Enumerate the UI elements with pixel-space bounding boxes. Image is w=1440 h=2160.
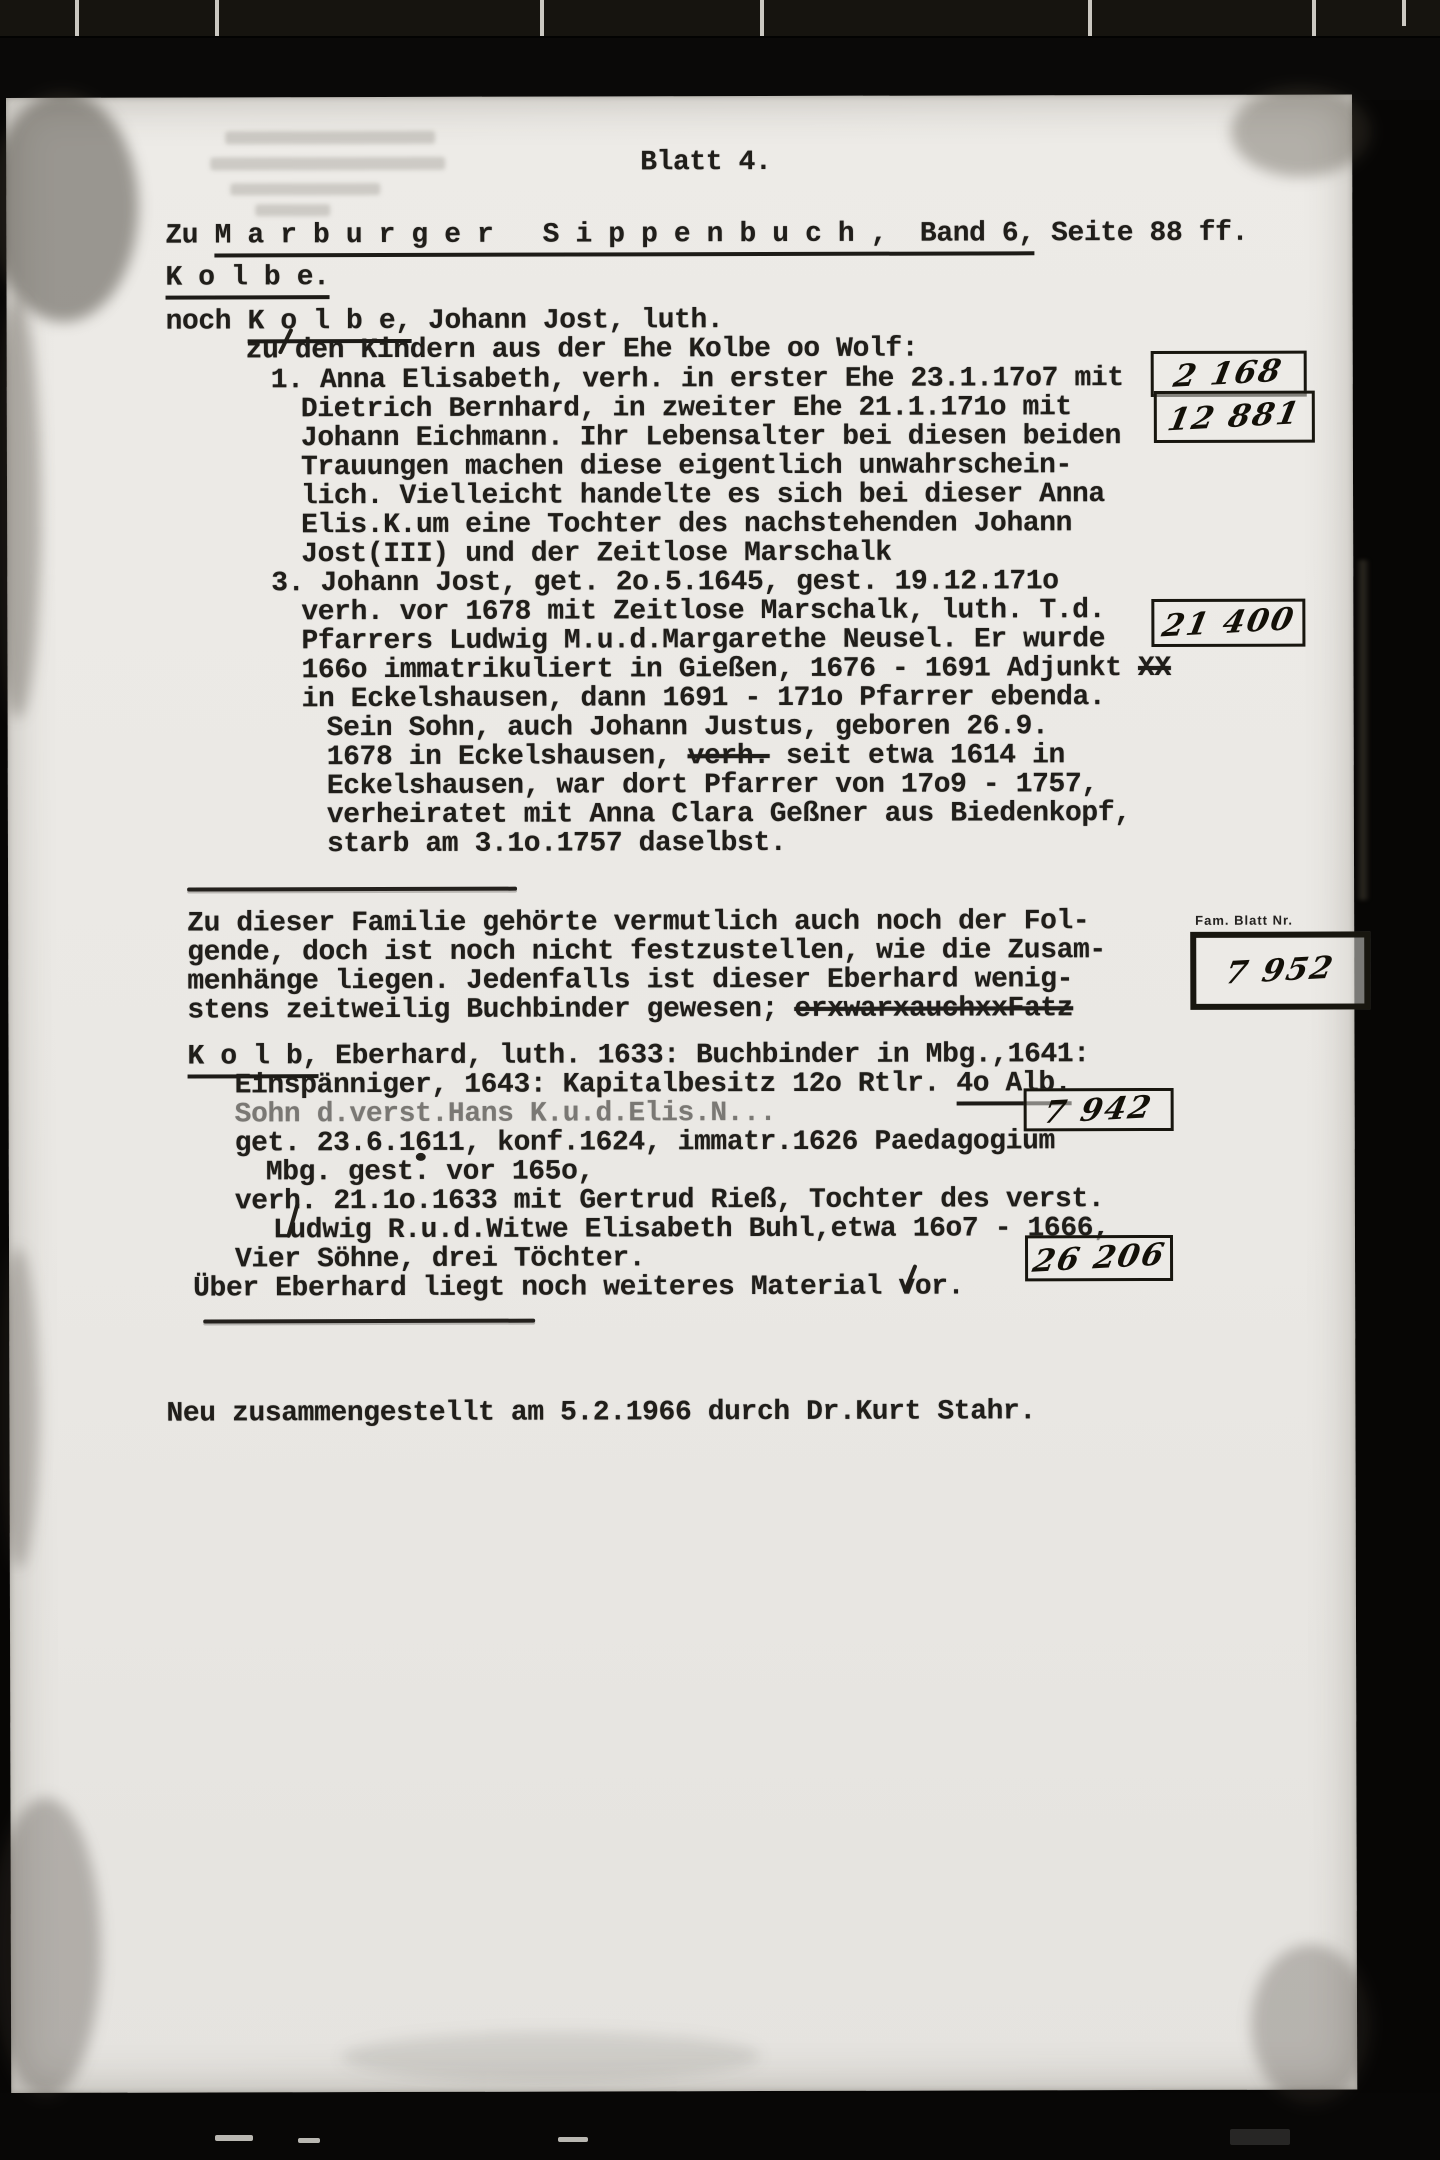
text-line: gende, doch ist noch nicht festzustellen… bbox=[187, 936, 1106, 968]
text-line: verh. 21.1o.1633 mit Gertrud Rieß, Tocht… bbox=[235, 1185, 1104, 1217]
text-line: 166o immatrikuliert in Gießen, 1676 - 16… bbox=[301, 654, 1170, 686]
text-line: noch K o l b e, Johann Jost, luth. bbox=[166, 306, 724, 337]
handwritten-number: 21 400 bbox=[1159, 601, 1298, 644]
film-bottom-border bbox=[0, 2093, 1440, 2160]
text-line: Pfarrers Ludwig M.u.d.Margarethe Neusel.… bbox=[301, 625, 1105, 656]
text-line: K o l b, Eberhard, luth. 1633: Buchbinde… bbox=[187, 1040, 1089, 1072]
microfilm-scan: Fam. Blatt Nr. Blatt 4.Zu M a r b u r g … bbox=[0, 0, 1440, 2160]
ref-number-box: 12 881 bbox=[1154, 391, 1315, 443]
film-edge-glow bbox=[1356, 560, 1370, 900]
text-line: 1678 in Eckelshausen, verh. seit etwa 16… bbox=[327, 741, 1065, 772]
film-frame-mark bbox=[1312, 0, 1316, 36]
film-scratch bbox=[298, 2138, 320, 2143]
film-edge-band bbox=[0, 0, 1440, 38]
text-line: Vier Söhne, drei Töchter. bbox=[235, 1244, 645, 1274]
film-frame-mark bbox=[1402, 0, 1406, 26]
film-scratch bbox=[215, 2135, 253, 2141]
text-line: lich. Vielleicht handelte es sich bei di… bbox=[301, 480, 1105, 511]
scan-smudge bbox=[341, 2031, 761, 2082]
text-line: in Eckelshausen, dann 1691 - 171o Pfarre… bbox=[302, 683, 1106, 714]
text-line: Trauungen machen diese eigentlich unwahr… bbox=[301, 451, 1072, 482]
text-line: Elis.K.um eine Tochter des nachstehenden… bbox=[301, 509, 1072, 540]
handwritten-number: 26 206 bbox=[1029, 1237, 1168, 1280]
fam-blatt-nr-label: Fam. Blatt Nr. bbox=[1195, 913, 1293, 928]
text-line: verheiratet mit Anna Clara Geßner aus Bi… bbox=[327, 799, 1131, 830]
typed-divider bbox=[203, 1319, 535, 1324]
ref-number-box: 7 952 bbox=[1190, 931, 1370, 1009]
text-line: Eckelshausen, war dort Pfarrer von 17o9 … bbox=[327, 770, 1098, 801]
film-frame-mark bbox=[540, 0, 544, 36]
handwritten-number: 12 881 bbox=[1165, 395, 1304, 438]
film-frame-mark bbox=[75, 0, 79, 36]
film-frame-mark bbox=[1088, 0, 1092, 36]
text-line: Johann Eichmann. Ihr Lebensalter bei die… bbox=[301, 422, 1121, 454]
text-line: verh. vor 1678 mit Zeitlose Marschalk, l… bbox=[301, 596, 1105, 627]
scan-smudge bbox=[1231, 86, 1371, 176]
text-line: Ludwig R.u.d.Witwe Elisabeth Buhl,etwa 1… bbox=[273, 1214, 1110, 1246]
film-frame-mark bbox=[215, 0, 219, 36]
scan-smudge bbox=[0, 1798, 101, 2098]
film-top-border bbox=[0, 0, 1440, 100]
text-line: Jost(III) und der Zeitlose Marschalk bbox=[301, 539, 892, 570]
text-line: stens zeitweilig Buchbinder gewesen; erx… bbox=[187, 994, 1073, 1026]
paper: Fam. Blatt Nr. Blatt 4.Zu M a r b u r g … bbox=[6, 94, 1357, 2093]
page-label: Blatt 4. bbox=[640, 148, 771, 178]
handwritten-number: 7 952 bbox=[1223, 950, 1338, 992]
text-line: zu den Kindern aus der Ehe Kolbe oo Wolf… bbox=[246, 335, 919, 366]
film-frame-mark bbox=[760, 0, 764, 36]
text-line: Dietrich Bernhard, in zweiter Ehe 21.1.1… bbox=[301, 393, 1072, 424]
scan-smudge bbox=[0, 1248, 40, 1568]
text-line: Einspänniger, 1643: Kapitalbesitz 12o Rt… bbox=[235, 1069, 1072, 1101]
text-line: starb am 3.1o.1757 daselbst. bbox=[327, 829, 786, 860]
scan-smudge bbox=[1251, 1944, 1371, 2104]
text-line: Sein Sohn, auch Johann Justus, geboren 2… bbox=[327, 712, 1049, 743]
text-line: Über Eberhard liegt noch weiteres Materi… bbox=[193, 1272, 964, 1303]
text-line: 3. Johann Jost, get. 2o.5.1645, gest. 19… bbox=[271, 567, 1058, 598]
scan-smudge bbox=[0, 92, 139, 322]
text-line: get. 23.6.1611, konf.1624, immatr.1626 P… bbox=[235, 1127, 1055, 1159]
text-line: menhänge liegen. Jedenfalls ist dieser E… bbox=[187, 965, 1073, 997]
text-line: 1. Anna Elisabeth, verh. in erster Ehe 2… bbox=[271, 364, 1124, 396]
handwritten-number: 7 942 bbox=[1041, 1089, 1156, 1131]
text-line: Mbg. gest. vor 165o, bbox=[266, 1157, 594, 1187]
ref-number-box: 21 400 bbox=[1151, 599, 1305, 647]
film-scratch bbox=[558, 2137, 588, 2142]
ref-number-box: 26 206 bbox=[1025, 1235, 1173, 1281]
handwritten-number: 2 168 bbox=[1171, 353, 1286, 395]
film-scratch bbox=[1230, 2129, 1290, 2145]
typed-divider bbox=[187, 887, 517, 892]
footer-line: Neu zusammengestellt am 5.2.1966 durch D… bbox=[166, 1397, 1035, 1429]
ref-number-box: 7 942 bbox=[1024, 1088, 1174, 1131]
text-line: Zu dieser Familie gehörte vermutlich auc… bbox=[187, 907, 1089, 939]
doc-title: Zu M a r b u r g e r S i p p e n b u c h… bbox=[165, 219, 1248, 251]
scan-smudge bbox=[0, 298, 42, 718]
text-line: Sohn d.verst.Hans K.u.d.Elis.N... bbox=[235, 1099, 776, 1130]
family-heading: K o l b e. bbox=[165, 263, 329, 293]
